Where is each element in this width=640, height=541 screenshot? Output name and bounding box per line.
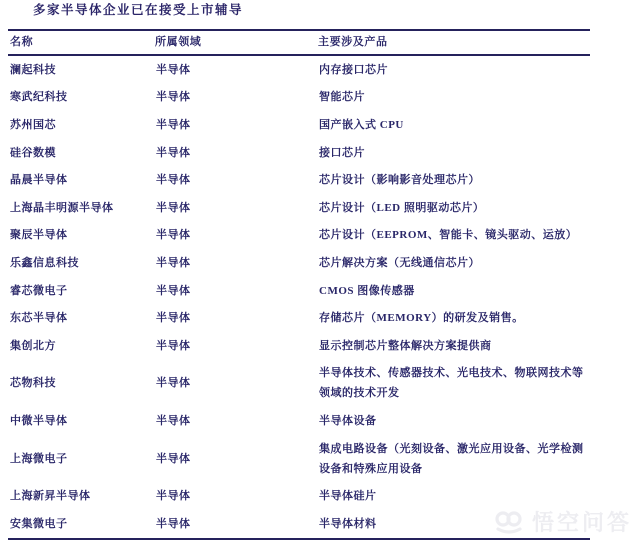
company-name-cell: 硅谷数模 xyxy=(8,139,155,167)
company-name-cell: 聚辰半导体 xyxy=(8,222,155,250)
company-name-cell: 乐鑫信息科技 xyxy=(8,249,155,277)
table-row: 睿芯微电子 半导体 CMOS 图像传感器 xyxy=(8,277,590,305)
products-cell: 芯片设计（EEPROM、智能卡、镜头驱动、运放） xyxy=(318,222,590,250)
field-cell: 半导体 xyxy=(155,222,318,250)
page-title: 多家半导体企业已在接受上市辅导 xyxy=(33,3,640,18)
company-name-cell: 中微半导体 xyxy=(8,407,155,435)
products-cell: 半导体材料 xyxy=(318,510,590,539)
company-name-cell: 寒武纪科技 xyxy=(8,84,155,112)
company-name-cell: 集创北方 xyxy=(8,332,155,360)
table-row: 寒武纪科技 半导体 智能芯片 xyxy=(8,84,590,112)
products-cell: 半导体硅片 xyxy=(318,482,590,510)
company-name-cell: 睿芯微电子 xyxy=(8,277,155,305)
header-row: 名称 所属领域 主要涉及产品 xyxy=(8,30,590,55)
field-cell: 半导体 xyxy=(155,55,318,84)
company-name-cell: 芯物科技 xyxy=(8,360,155,408)
products-cell: 接口芯片 xyxy=(318,139,590,167)
field-cell: 半导体 xyxy=(155,435,318,483)
field-cell: 半导体 xyxy=(155,407,318,435)
products-cell: 存储芯片（MEMORY）的研发及销售。 xyxy=(318,304,590,332)
products-cell: 国产嵌入式 CPU xyxy=(318,111,590,139)
field-cell: 半导体 xyxy=(155,166,318,194)
products-cell: 智能芯片 xyxy=(318,84,590,112)
field-cell: 半导体 xyxy=(155,277,318,305)
table-row: 澜起科技 半导体 内存接口芯片 xyxy=(8,55,590,84)
col-header-products: 主要涉及产品 xyxy=(318,30,590,55)
company-name-cell: 上海晶丰明源半导体 xyxy=(8,194,155,222)
field-cell: 半导体 xyxy=(155,332,318,360)
field-cell: 半导体 xyxy=(155,194,318,222)
col-header-field: 所属领域 xyxy=(155,30,318,55)
table-row: 东芯半导体 半导体 存储芯片（MEMORY）的研发及销售。 xyxy=(8,304,590,332)
field-cell: 半导体 xyxy=(155,84,318,112)
company-name-cell: 晶晨半导体 xyxy=(8,166,155,194)
table-row: 中微半导体 半导体 半导体设备 xyxy=(8,407,590,435)
page: 多家半导体企业已在接受上市辅导 名称 所属领域 主要涉及产品 澜起科技 半导体 … xyxy=(0,3,640,541)
field-cell: 半导体 xyxy=(155,139,318,167)
field-cell: 半导体 xyxy=(155,510,318,539)
company-name-cell: 东芯半导体 xyxy=(8,304,155,332)
products-cell: 显示控制芯片整体解决方案提供商 xyxy=(318,332,590,360)
products-cell: 芯片设计（LED 照明驱动芯片） xyxy=(318,194,590,222)
table-row: 硅谷数模 半导体 接口芯片 xyxy=(8,139,590,167)
field-cell: 半导体 xyxy=(155,304,318,332)
col-header-name: 名称 xyxy=(8,30,155,55)
company-name-cell: 澜起科技 xyxy=(8,55,155,84)
products-cell: 内存接口芯片 xyxy=(318,55,590,84)
table-body: 澜起科技 半导体 内存接口芯片 寒武纪科技 半导体 智能芯片 苏州国芯 半导体 … xyxy=(8,55,590,539)
products-cell: 半导体设备 xyxy=(318,407,590,435)
field-cell: 半导体 xyxy=(155,482,318,510)
field-cell: 半导体 xyxy=(155,249,318,277)
field-cell: 半导体 xyxy=(155,111,318,139)
table-row: 上海新昇半导体 半导体 半导体硅片 xyxy=(8,482,590,510)
table-row: 乐鑫信息科技 半导体 芯片解决方案（无线通信芯片） xyxy=(8,249,590,277)
table-row: 上海晶丰明源半导体 半导体 芯片设计（LED 照明驱动芯片） xyxy=(8,194,590,222)
products-cell: 半导体技术、传感器技术、光电技术、物联网技术等领域的技术开发 xyxy=(318,360,590,408)
products-cell: 集成电路设备（光刻设备、激光应用设备、光学检测设备和特殊应用设备 xyxy=(318,435,590,483)
table-row: 安集微电子 半导体 半导体材料 xyxy=(8,510,590,539)
table-row: 芯物科技 半导体 半导体技术、传感器技术、光电技术、物联网技术等领域的技术开发 xyxy=(8,360,590,408)
products-cell: CMOS 图像传感器 xyxy=(318,277,590,305)
company-name-cell: 上海微电子 xyxy=(8,435,155,483)
company-name-cell: 苏州国芯 xyxy=(8,111,155,139)
table-row: 聚辰半导体 半导体 芯片设计（EEPROM、智能卡、镜头驱动、运放） xyxy=(8,222,590,250)
table-row: 集创北方 半导体 显示控制芯片整体解决方案提供商 xyxy=(8,332,590,360)
table-row: 上海微电子 半导体 集成电路设备（光刻设备、激光应用设备、光学检测设备和特殊应用… xyxy=(8,435,590,483)
table-row: 苏州国芯 半导体 国产嵌入式 CPU xyxy=(8,111,590,139)
company-name-cell: 上海新昇半导体 xyxy=(8,482,155,510)
products-cell: 芯片解决方案（无线通信芯片） xyxy=(318,249,590,277)
table-row: 晶晨半导体 半导体 芯片设计（影响影音处理芯片） xyxy=(8,166,590,194)
field-cell: 半导体 xyxy=(155,360,318,408)
company-name-cell: 安集微电子 xyxy=(8,510,155,539)
companies-table: 名称 所属领域 主要涉及产品 澜起科技 半导体 内存接口芯片 寒武纪科技 半导体… xyxy=(8,29,590,540)
products-cell: 芯片设计（影响影音处理芯片） xyxy=(318,166,590,194)
